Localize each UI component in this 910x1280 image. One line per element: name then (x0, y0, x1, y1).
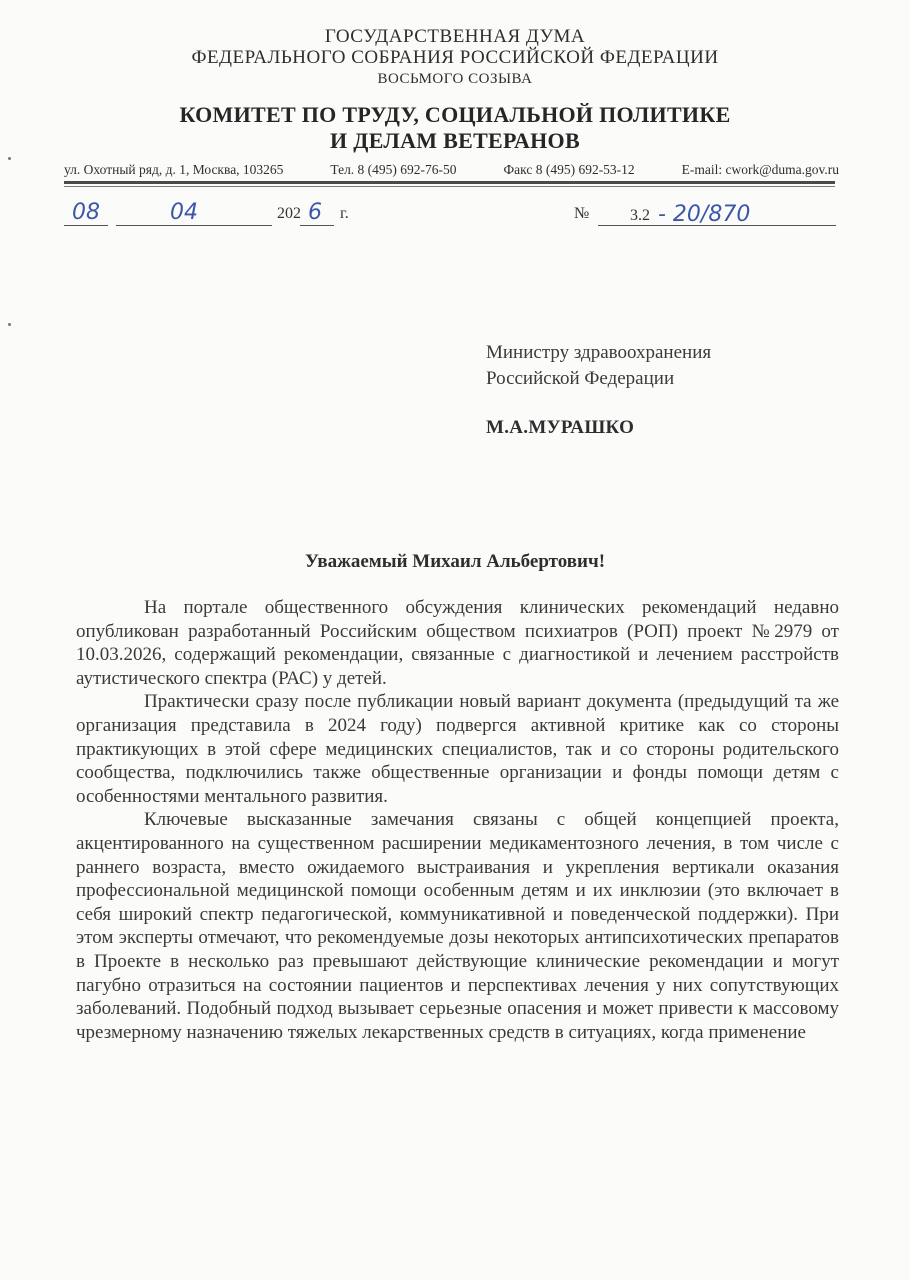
addressee-position: Министру здравоохранения (486, 340, 711, 366)
number-handwritten: - 20/870 (658, 202, 750, 227)
body-paragraph-2: Практически сразу после публикации новый… (76, 690, 839, 808)
salutation: Уважаемый Михаил Альбертович! (0, 551, 910, 573)
letterhead-federal-assembly: ФЕДЕРАЛЬНОГО СОБРАНИЯ РОССИЙСКОЙ ФЕДЕРАЦ… (0, 47, 910, 69)
body-paragraph-1: На портале общественного обсуждения клин… (76, 596, 839, 690)
date-year-digit: 6 (308, 200, 322, 225)
date-day: 08 (72, 200, 100, 225)
scan-speck (8, 157, 11, 160)
committee-title-line1: КОМИТЕТ ПО ТРУДУ, СОЦИАЛЬНОЙ ПОЛИТИКЕ (0, 102, 910, 128)
letter-body: На портале общественного обсуждения клин… (76, 596, 839, 1044)
header-rule-thin (64, 186, 835, 187)
contact-fax: Факс 8 (495) 692-53-12 (503, 162, 634, 178)
committee-title-line2: И ДЕЛАМ ВЕТЕРАНОВ (0, 128, 910, 154)
date-month: 04 (170, 200, 198, 225)
contact-email: E-mail: cwork@duma.gov.ru (682, 162, 839, 178)
addressee-organization: Российской Федерации (486, 366, 711, 392)
date-day-field: 08 (64, 199, 108, 226)
number-sign: № (574, 205, 589, 223)
letter-page: ГОСУДАРСТВЕННАЯ ДУМА ФЕДЕРАЛЬНОГО СОБРАН… (0, 0, 910, 1280)
letterhead-convocation: ВОСЬМОГО СОЗЫВА (0, 71, 910, 88)
date-year-prefix: 202 (277, 205, 301, 223)
number-printed: 3.2 (630, 207, 650, 225)
date-year-suffix: г. (340, 205, 349, 223)
header-rule-thick (64, 181, 835, 184)
date-month-field: 04 (116, 199, 272, 226)
registration-number: № 3.2 - 20/870 (574, 199, 836, 229)
scan-speck (8, 323, 11, 326)
contact-line: ул. Охотный ряд, д. 1, Москва, 103265 Те… (64, 162, 839, 178)
date-year-field: 6 (300, 199, 334, 226)
contact-phone: Тел. 8 (495) 692-76-50 (330, 162, 456, 178)
number-field: 3.2 - 20/870 (598, 199, 836, 226)
addressee-block: Министру здравоохранения Российской Феде… (486, 340, 711, 392)
addressee-name: М.А.МУРАШКО (486, 417, 634, 439)
letterhead-duma: ГОСУДАРСТВЕННАЯ ДУМА (0, 26, 910, 48)
body-paragraph-3: Ключевые высказанные замечания связаны с… (76, 808, 839, 1044)
contact-address: ул. Охотный ряд, д. 1, Москва, 103265 (64, 162, 283, 178)
